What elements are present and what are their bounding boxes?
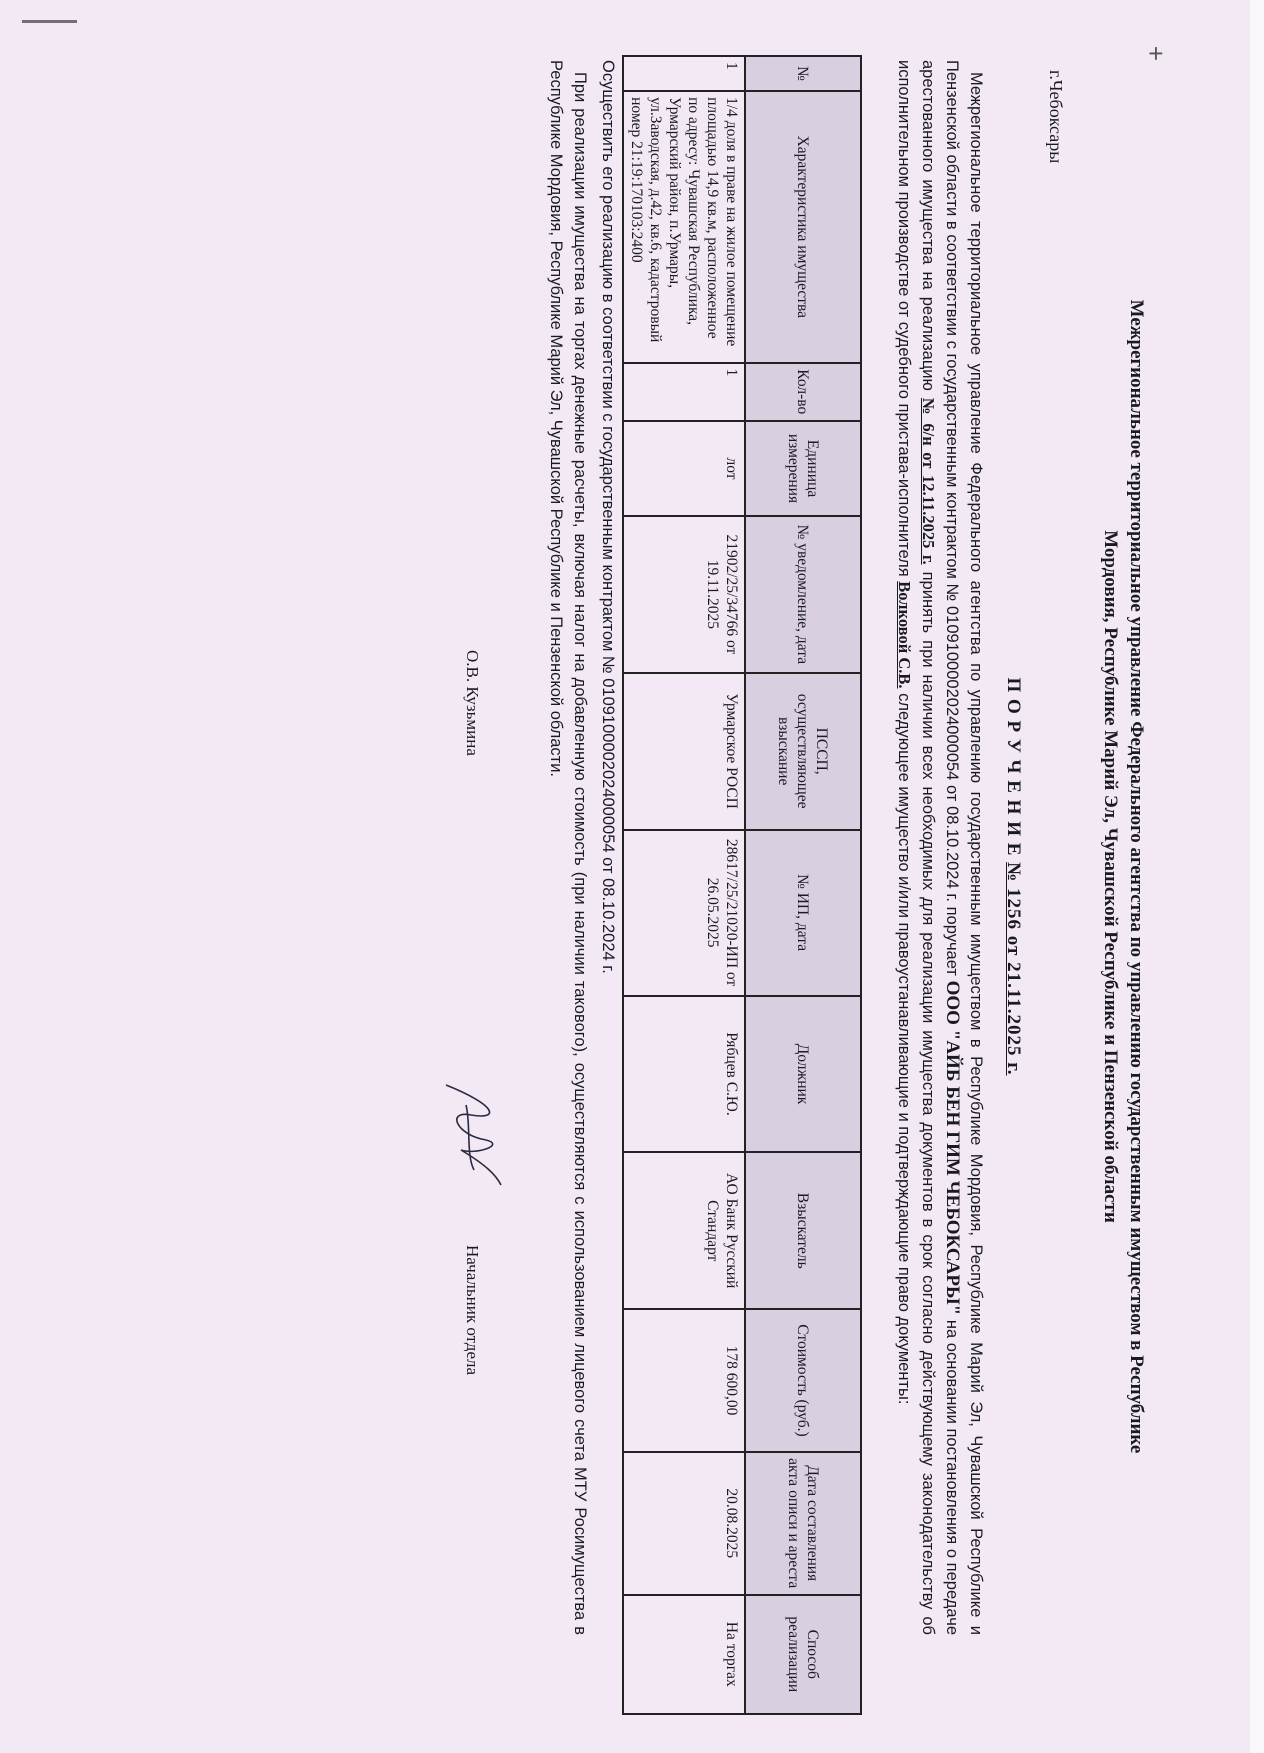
decree-number: № 6/н от 12.11.2025 г. (919, 398, 938, 565)
bailiff-name: Волковой С.В. (895, 581, 914, 688)
cell-bailiff-office: Урмарское РОСП (623, 673, 745, 830)
header-line-2: Мордовия, Республике Марий Эл, Чувашской… (1098, 0, 1122, 1753)
cell-unit: лот (623, 421, 745, 516)
cell-sale-method: На торгах (623, 1595, 745, 1714)
table-header-row: № Характеристика имущества Кол-во Единиц… (745, 56, 861, 1714)
col-header: № (745, 56, 861, 91)
col-header: № уведомление, дата (745, 516, 861, 673)
table-row: 1 1/4 доля в праве на жилое помещение пл… (623, 56, 745, 1714)
cell-arrest-date: 20.08.2025 (623, 1452, 745, 1595)
title-word: П О Р У Ч Е Н И Е (1003, 677, 1024, 856)
cell-debtor: Рябцев С.Ю. (623, 996, 745, 1153)
title-number: № 1256 от 21.11.2025 г. (1003, 862, 1024, 1075)
col-header: Единица измерения (745, 421, 861, 516)
col-header: Кол-во (745, 363, 861, 421)
city: г.Чебоксары (1045, 70, 1066, 163)
header-line-1: Межрегиональное территориальное управлен… (1124, 0, 1148, 1753)
col-header: ПССП, осуществляющее взыскание (745, 673, 861, 830)
closing-paragraph-1: Осуществить его реализацию в соответстви… (596, 60, 620, 1635)
col-header: Стоимость (руб.) (745, 1309, 861, 1452)
document-page: Межрегиональное территориальное управлен… (0, 0, 1264, 1753)
closing-paragraph-2: При реализации имущества на торгах денеж… (544, 60, 592, 1635)
col-header: № ИП, дата (745, 830, 861, 996)
col-header: Должник (745, 996, 861, 1153)
cell-creditor: АО Банк Русский Стандарт (623, 1152, 745, 1309)
cell-notice: 21902/25/34766 от 19.11.2025 (623, 516, 745, 673)
cell-number: 1 (623, 56, 745, 91)
cell-cost: 178 600,00 (623, 1309, 745, 1452)
col-header: Характеристика имущества (745, 91, 861, 362)
property-table: № Характеристика имущества Кол-во Единиц… (622, 55, 862, 1715)
col-header: Дата составления акта описи и ареста (745, 1452, 861, 1595)
company-name: ООО "АЙБ БЕН ГИМ ЧЕБОКСАРЫ" (942, 981, 963, 1316)
intro-paragraph: Межрегиональное территориальное управлен… (892, 60, 988, 1635)
intro-text-4: следующее имущество и/или правоустанавли… (895, 693, 913, 1404)
signer-name: О.В. Кузьмина (462, 650, 482, 756)
cell-description: 1/4 доля в праве на жилое помещение площ… (623, 91, 745, 362)
cell-enforcement: 28617/25/21020-ИП от 26.05.2025 (623, 830, 745, 996)
document-title: П О Р У Ч Е Н И Е № 1256 от 21.11.2025 г… (1002, 0, 1024, 1753)
col-header: Способ реализации (745, 1595, 861, 1714)
cell-quantity: 1 (623, 363, 745, 421)
col-header: Взыскатель (745, 1152, 861, 1309)
signature-icon (426, 1075, 516, 1195)
signer-title: Начальник отдела (462, 1245, 482, 1375)
